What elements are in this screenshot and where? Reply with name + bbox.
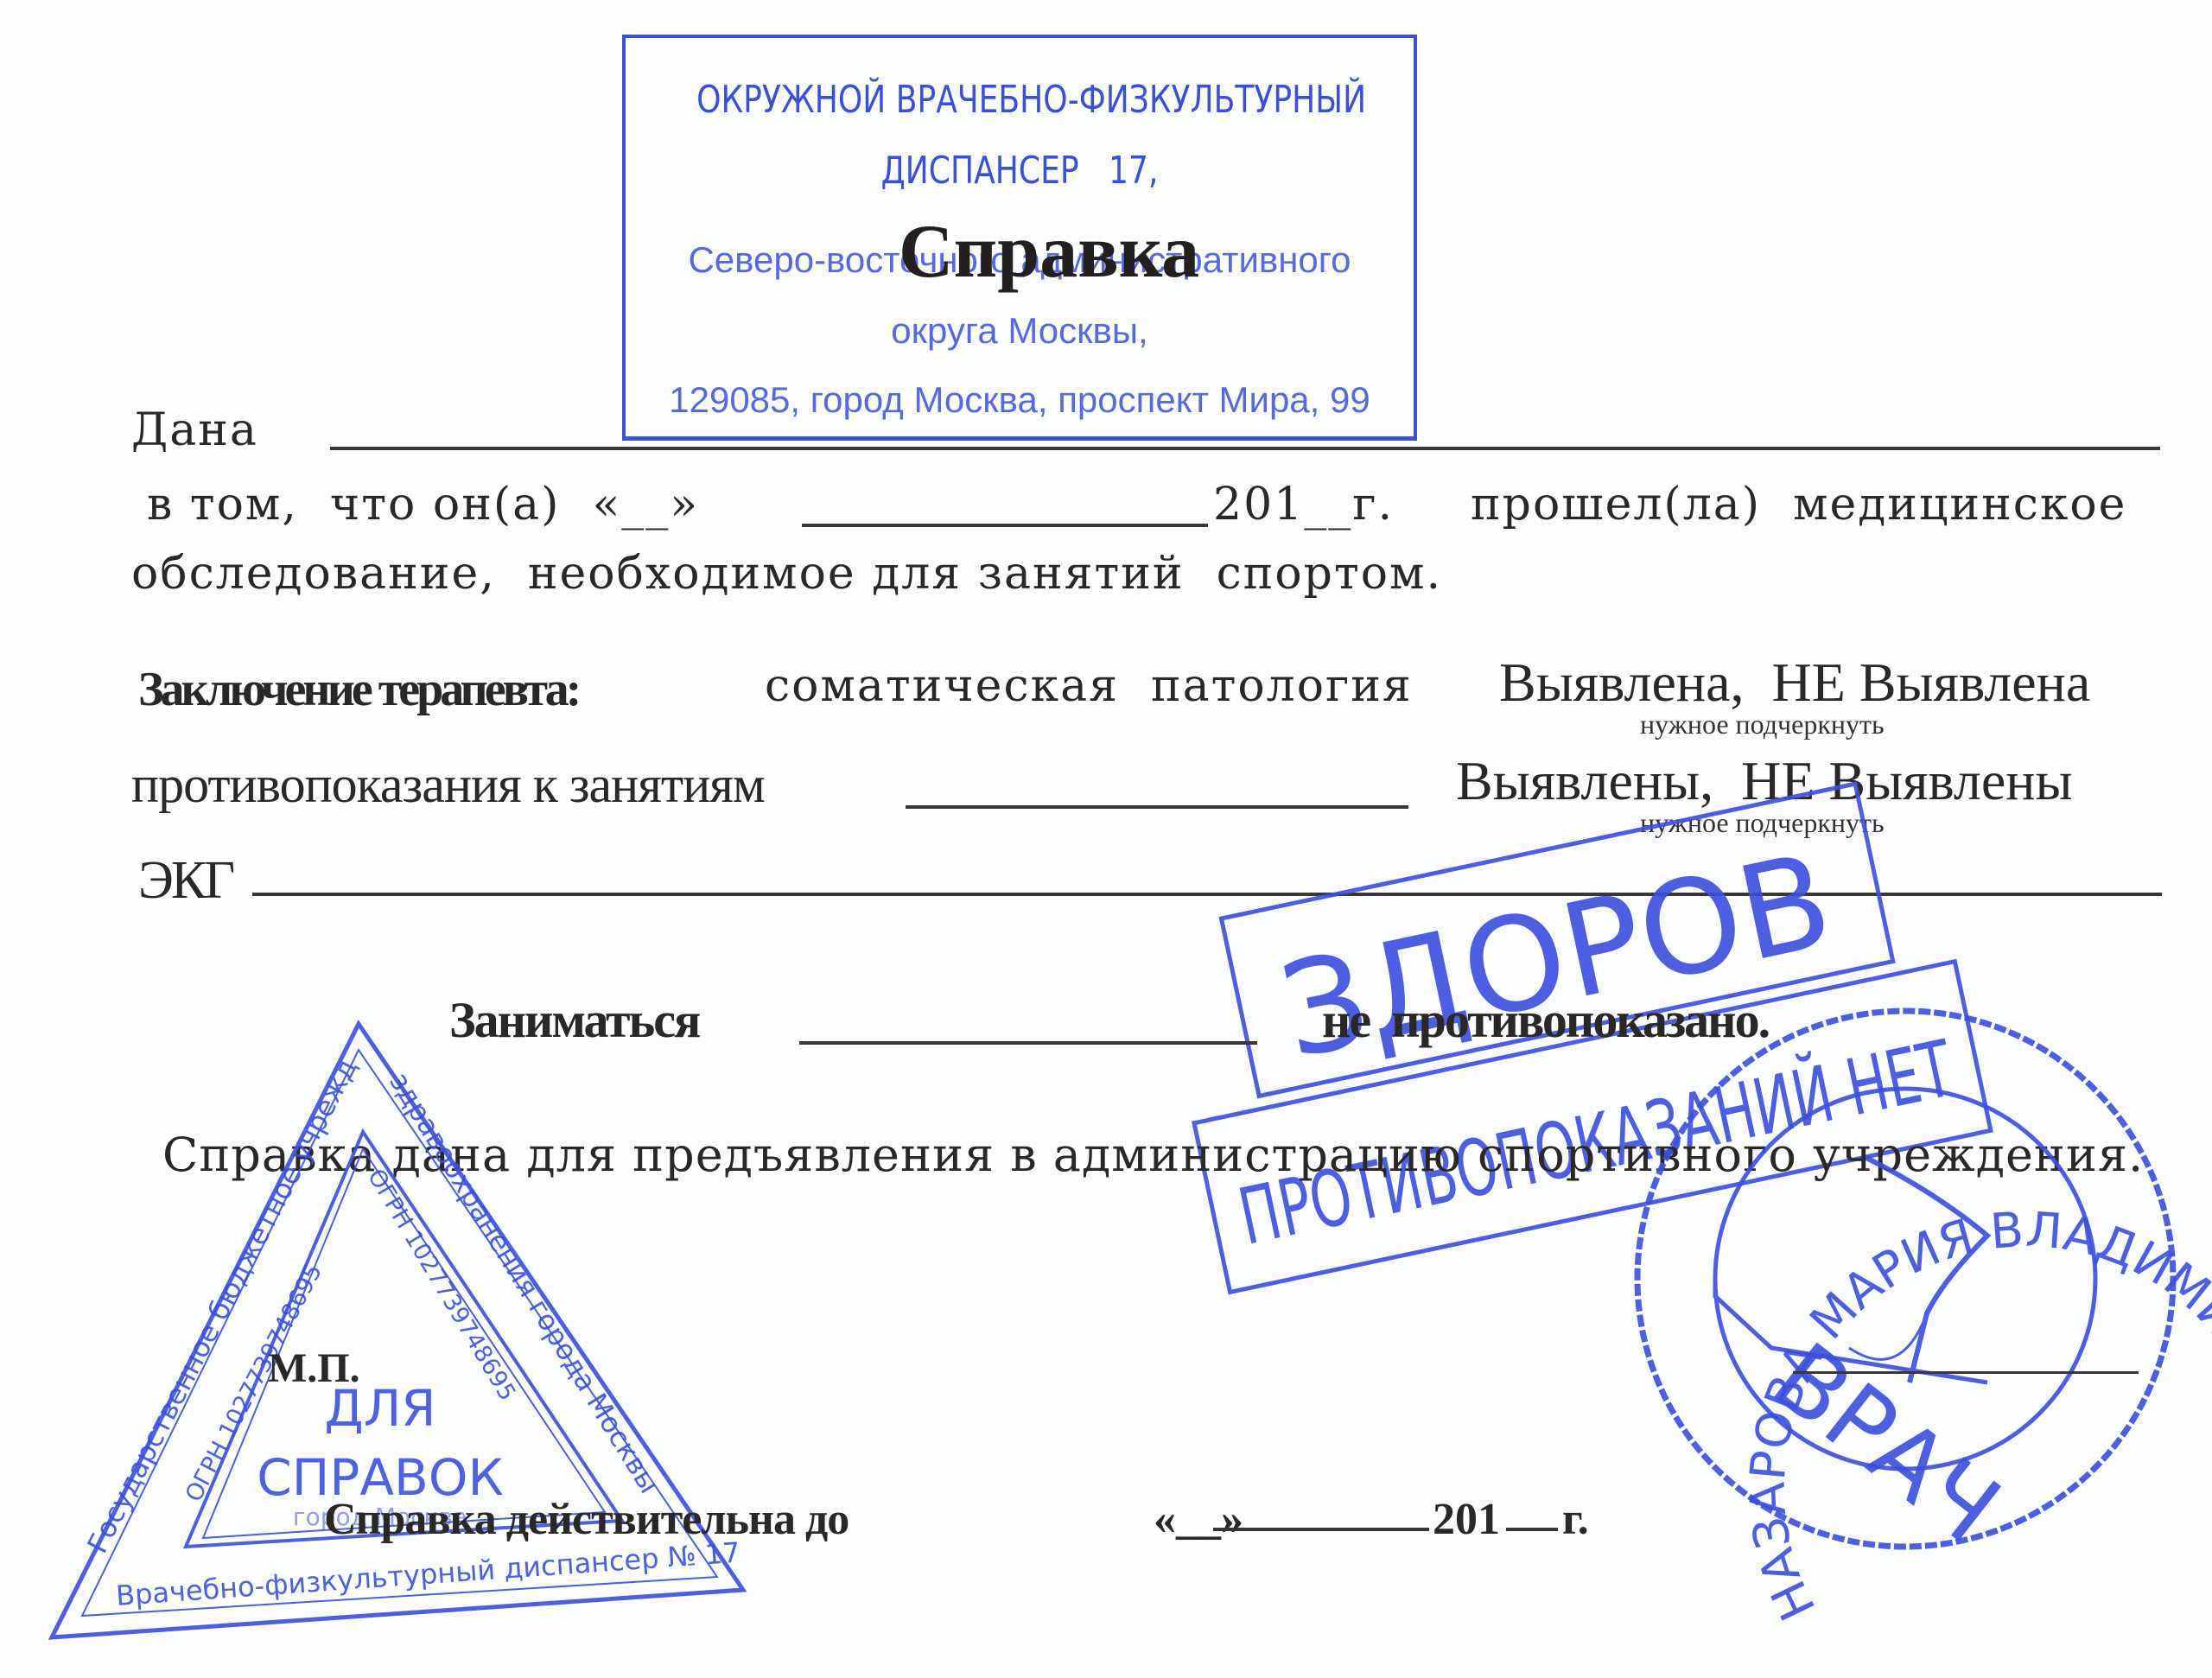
valid-until-suffix: г. [1562, 1497, 1589, 1542]
exam-month-field[interactable] [802, 524, 1208, 527]
valid-until-date-prefix: «__» [1154, 1497, 1243, 1542]
given-label: Дана [131, 408, 258, 453]
allowed-label: Заниматься [449, 995, 699, 1046]
purpose-text: Справка дана для предъявления в админист… [162, 1132, 2144, 1179]
valid-until-label: Справка действительна до [324, 1497, 849, 1542]
triangle-bottom-text: Врачебно-физкультурный диспансер № 17 [115, 1536, 741, 1612]
valid-until-month-field[interactable] [1213, 1528, 1429, 1531]
valid-until-year-field[interactable] [1506, 1528, 1558, 1531]
triangle-inner-right-text: ОГРН 1027739748695 [362, 1165, 521, 1406]
given-to-field[interactable] [330, 447, 2160, 450]
ecg-field[interactable] [252, 893, 2162, 896]
contraindications-label: противопоказания к занятиям [131, 759, 765, 810]
contraindications-hint: нужное подчеркнуть [1640, 809, 1885, 836]
therapist-label: Заключение терапевта: [138, 665, 578, 714]
therapist-text: соматическая патология [765, 664, 1413, 709]
contraindications-options[interactable]: Выявлены, НЕ Выявлены [1456, 753, 2073, 809]
ecg-label: ЭКГ [138, 854, 232, 907]
exam-year: 201__г. [1213, 482, 1394, 527]
page-title: Справка [899, 214, 1199, 290]
signature-field[interactable] [1793, 1371, 2139, 1374]
exam-purpose-text: обследование, необходимое для занятий сп… [131, 551, 1442, 596]
healthy-stamp-top: ЗДОРОВ [1269, 826, 1844, 1089]
header-stamp-line5: 129085, город Москва, проспект Мира, 99 [626, 382, 1414, 418]
valid-until-year: 201 [1433, 1497, 1500, 1542]
allowed-sport-field[interactable] [799, 1041, 1257, 1045]
therapist-hint: нужное подчеркнуть [1640, 710, 1885, 738]
header-stamp-line2: ДИСПАНСЕР 17, [696, 152, 1343, 190]
therapist-options[interactable]: Выявлена, НЕ Выявлена [1499, 655, 2090, 710]
seal-place-label: М.П. [268, 1348, 360, 1389]
header-stamp-line1: ОКРУЖНОЙ ВРАЧЕБНО-ФИЗКУЛЬТУРНЫЙ [696, 81, 1343, 119]
contraindications-field[interactable] [906, 805, 1408, 809]
header-stamp-line4: округа Москвы, [626, 313, 1414, 349]
allowed-suffix: не противопоказано. [1322, 995, 1769, 1046]
exam-date-suffix: прошел(ла) медицинское [1471, 482, 2126, 527]
doctor-stamp-center: ВРАЧ [1753, 1322, 2020, 1565]
exam-date-prefix: в том, что он(а) «__» [147, 482, 699, 527]
